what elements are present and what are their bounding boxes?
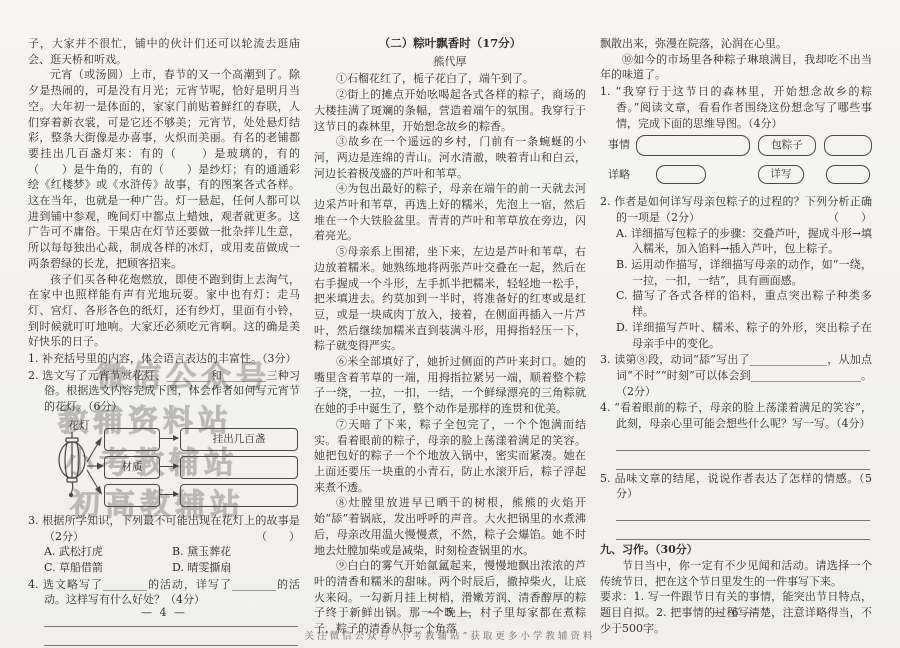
passage-paragraph: 子，大家并不很忙，铺中的伙计们还可以轮流去逛庙会、逛天桥和听戏。 [28,36,300,67]
mindmap-answer-box [636,135,750,156]
passage-author: 熊代厚 [314,54,586,70]
mindmap-row-label: 事情 [608,137,630,153]
answer-bracket: （ ） [844,210,872,226]
answer-line [616,432,870,451]
question-3-options: A. 武松打虎 B. 黛玉葬花 C. 草船借箭 D. 晴雯撕扇 [28,544,300,575]
arrow-right-icon [160,466,178,467]
option-d: D. 详细描写芦叶、糯米、粽子的外形，突出粽子在母亲手中的变化。 [600,320,872,351]
passage-paragraph: 孩子们买各种花炮燃放，即使不跑到街上去淘气，在家中也照样能有声有光地玩耍。家中也… [28,272,300,351]
passage-paragraph: ⑤母亲系上围裙，坐下来，左边是芦叶和苇草，右边放着糯米。她熟练地将两张芦叶交叠在… [314,244,586,354]
flowchart-answer-box [180,484,298,507]
flowchart-answer-box: 挂出几百盏 [180,428,298,451]
question-4: 4. “看着眼前的粽子，母亲的脸上荡漾着满足的笑容”，此刻，母亲心里可能会想些什… [600,400,872,431]
mindmap-answer-box [824,135,872,156]
answer-line [616,502,870,521]
option-b: B. 黛玉葬花 [172,544,300,560]
option-c: C. 描写了各式各样的馅料，重点突出粽子种类多样。 [600,288,872,319]
passage-paragraph: ⑩如今的市场里各种粽子琳琅满目，我却吃不出当年的味道了。 [600,52,872,83]
passage-paragraph: ⑨白白的雾气开始氤氲起来，慢慢地飘出浓浓的芦叶的清香和糯米的甜味。两个时辰后，撤… [314,558,586,637]
question-3: 3. 根据所学知识，下列最不可能出现在花灯上的故事是（2分）（ ） [28,513,300,544]
flowchart-answer-box [180,456,298,479]
arrow-right-icon [160,438,178,439]
mindmap-box: 包粽子 [758,135,816,156]
column-page-5: （二）粽叶飘香时（17分） 熊代厚 ①石榴花红了，栀子花白了，端午到了。 ②街上… [314,36,586,637]
mindmap-answer-box [826,165,870,184]
page-number: — 4 — [28,606,300,619]
option-a: A. 武松打虎 [44,544,172,560]
question-2: 2. 作者是如何详写母亲包粽子的过程的？下列分析正确的一项是（2分）（ ） [600,194,872,225]
passage-paragraph: 飘散出来，弥漫在院落，沁润在心里。 [600,36,872,52]
section-9-title: 九、习作。（30分） [600,542,872,558]
lantern-icon [59,432,85,497]
answer-line [616,451,870,470]
passage-paragraph: 元宵（或汤圆）上市，春节的又一个高潮到了。除夕是热闹的，可是没有月光；元宵节呢，… [28,67,300,271]
passage-paragraph: ②街上的摊点开始吆喝起各式各样的粽子，商场的大楼挂满了斑斓的条幅，营造着端午的氛… [314,87,586,134]
footer-note: 关注微信公众号“小考教辅站”获取更多小学教辅资料 [0,628,900,642]
mindmap-box: 详写 [758,165,804,184]
lantern-flowchart: 花灯 [28,418,300,510]
mindmap-row-label: 详略 [608,167,630,183]
passage-paragraph: ⑦天暗了下来，粽子全包完了，一个个饱满而结实。看着眼前的粽子，母亲的脸上荡漾着满… [314,417,586,496]
passage-paragraph: ③故乡在一个遥远的乡村，门前有一条蜿蜒的小河，两边是连绵的青山。河水清澈，映着青… [314,134,586,181]
question-3: 3. 读第⑧段，动词“舔”写出了______________，从加点词“不时”“… [600,352,872,399]
page-number: — 5 — [314,606,586,619]
passage-title: （二）粽叶飘香时（17分） [314,36,586,52]
option-b: B. 运用动作描写，详细描写母亲的动作，如“一绕，一拉，一扣，一结”，具有画面感… [600,257,872,288]
mindmap-answer-box [656,165,706,184]
flowchart-box-empty [104,428,160,451]
option-a: A. 详细描写包粽子的步骤：交叠芦叶，握成斗形→填入糯米，加入馅料→插入芦叶，包… [600,226,872,257]
answer-line [616,521,870,540]
page-number: — 6 — [600,606,872,619]
section-9-paragraph: 节日当中，你一定有不少见闻和活动。请选择一个传统节日，把在这个节日里发生的一件事… [600,558,872,589]
column-page-4: 子，大家并不很忙，铺中的伙计们还可以轮流去逛庙会、逛天桥和听戏。 元宵（或汤圆）… [28,36,300,646]
arrow-right-icon [160,494,178,495]
column-page-6: 飘散出来，弥漫在院落，沁润在心里。 ⑩如今的市场里各种粽子琳琅满目，我却吃不出当… [600,36,872,636]
question-1: 1. “我穿行于这节日的森林里，开始想念故乡的粽香。”阅读文章，看看作者围绕这份… [600,84,872,131]
flowchart-box-empty [104,484,160,507]
flowchart-box-material: 材质 [104,456,160,479]
option-d: D. 晴雯撕扇 [172,560,300,576]
answer-bracket: （ ） [272,529,300,545]
passage-paragraph: ⑧灶膛里放进早已晒干的树根，熊熊的火焰开始“舔”着锅底，发出呼呼的声音。大火把锅… [314,495,586,558]
passage-paragraph: ④为包出最好的粽子，母亲在端午的前一天就去河边采芦叶和苇草，再选上好的糯米，先泡… [314,181,586,244]
question-5: 5. 品味文章的结尾，说说作者表达了怎样的情感。（5分） [600,471,872,502]
passage-paragraph: ①石榴花红了，栀子花白了，端午到了。 [314,71,586,87]
question-1: 1. 补充括号里的内容，体会语言表达的丰富性。（3分） [28,351,300,367]
option-c: C. 草船借箭 [44,560,172,576]
mindmap-diagram: 事情 包粽子 详略 详写 [600,135,872,191]
question-4: 4. 选文略写了________的活动，详写了________的活动。这样写有什… [28,577,300,608]
question-2: 2. 选文写了元宵节赏花灯、________和________三种习俗。根据选文… [28,368,300,415]
passage-paragraph: ⑥米全部填好了，她折过侧面的芦叶来封口。她的嘴里含着苇草的一端，用拇指拉紧另一端… [314,354,586,417]
exam-paper-scan: 微信公众号 教辅资料站 小考教辅站 初高教辅站 子，大家并不很忙，铺中的伙计们还… [0,0,900,648]
